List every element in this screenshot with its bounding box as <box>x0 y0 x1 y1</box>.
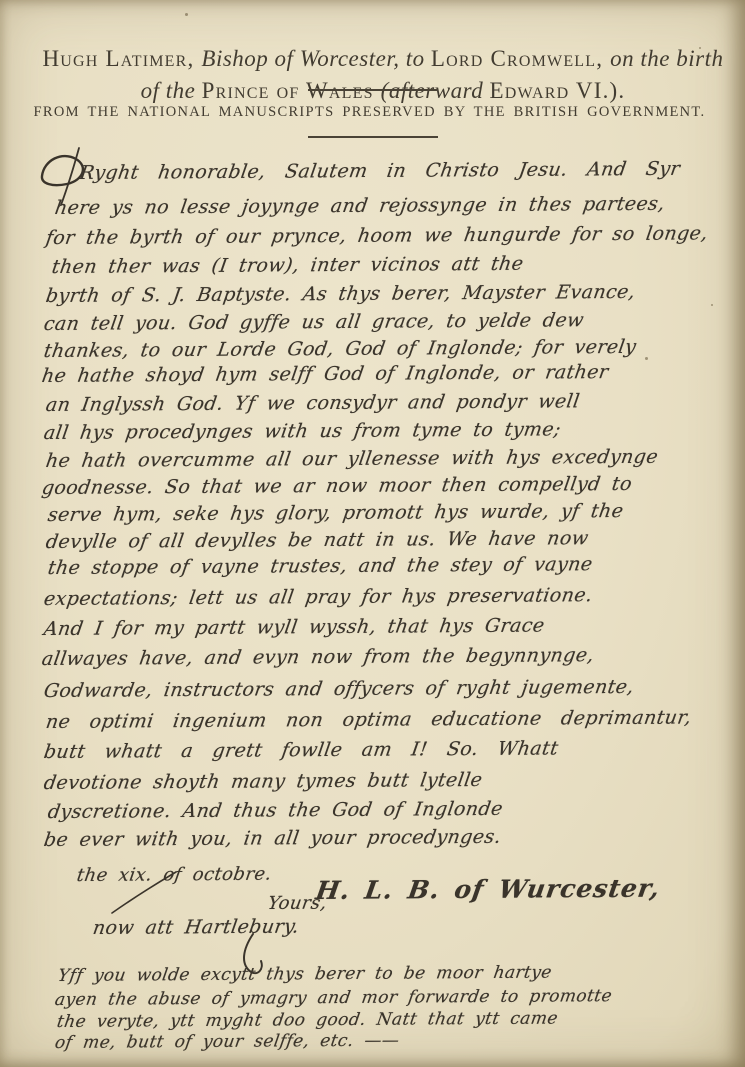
manuscript-line: allwayes have, and evyn now from the beg… <box>40 644 595 670</box>
manuscript-line: the veryte, ytt myght doo good. Natt tha… <box>55 1009 559 1032</box>
paper-speck <box>711 304 713 306</box>
manuscript-line: here ys no lesse joyynge and rejossynge … <box>53 193 666 219</box>
manuscript-line: butt whatt a grett fowlle am I! So. What… <box>42 737 560 763</box>
title-of-the: of the <box>141 78 202 103</box>
manuscript-line: of me, butt of your selffe, etc. —— <box>53 1031 400 1053</box>
manuscript-line: all hys procedynges with us from tyme to… <box>42 418 562 444</box>
divider-rule-top <box>308 89 438 91</box>
manuscript-line: serve hym, seke hys glory, promott hys w… <box>46 500 625 526</box>
manuscript-line: Ryght honorable, Salutem in Christo Jesu… <box>78 158 681 184</box>
manuscript-line: byrth of S. J. Baptyste. As thys berer, … <box>44 281 637 307</box>
manuscript-line: the xix. of octobre. <box>75 864 273 886</box>
manuscript-line: now att Hartlebury. <box>91 916 300 939</box>
manuscript-line: H. L. B. of Wurcester, <box>314 874 663 905</box>
manuscript-line: be ever with you, in all your procedynge… <box>42 826 502 851</box>
manuscript-line: then ther was (I trow), inter vicinos at… <box>50 253 525 278</box>
manuscript-line: ne optimi ingenium non optima educatione… <box>44 706 693 733</box>
manuscript-line: goodnesse. So that we ar now moor then c… <box>40 473 633 499</box>
manuscript-line: he hath overcumme all our yllenesse with… <box>44 446 659 472</box>
paper-speck <box>645 357 648 360</box>
paper-speck <box>185 13 188 16</box>
manuscript-line: he hathe shoyd hym selff God of Inglonde… <box>40 361 610 387</box>
manuscript-line: ayen the abuse of ymagry and mor forward… <box>53 986 613 1010</box>
manuscript-line: expectations; lett us all pray for hys p… <box>42 584 594 610</box>
manuscript-line: the stoppe of vayne trustes, and the ste… <box>46 553 594 579</box>
manuscript-line: Yff you wolde excytt thys berer to be mo… <box>56 963 553 986</box>
initial-flourish-loop <box>42 156 83 185</box>
manuscript-line: for the byrth of our prynce, hoom we hun… <box>44 222 709 249</box>
manuscript-line: devylle of all devylles be natt in us. W… <box>44 527 590 553</box>
manuscript-line: an Inglyssh God. Yf we consydyr and pond… <box>44 390 581 416</box>
source-caption: FROM THE NATIONAL MANUSCRIPTS PRESERVED … <box>0 104 739 121</box>
manuscript-line: devotione shoyth many tymes butt lytelle <box>42 769 484 794</box>
letter-page: Hugh Latimer, Bishop of Worcester, to Lo… <box>0 0 745 1067</box>
manuscript-line: can tell you. God gyffe us all grace, to… <box>42 309 585 335</box>
manuscript-line: dyscretione. And thus the God of Inglond… <box>46 798 504 823</box>
manuscript-line: thankes, to our Lorde God, God of Inglon… <box>42 336 638 362</box>
divider-rule-bottom <box>308 136 438 138</box>
title-edward: Edward VI.). <box>489 78 625 103</box>
manuscript-line: And I for my partt wyll wyssh, that hys … <box>42 615 546 640</box>
paper-speck <box>699 47 701 49</box>
manuscript-line: Godwarde, instructors and offycers of ry… <box>42 676 635 702</box>
